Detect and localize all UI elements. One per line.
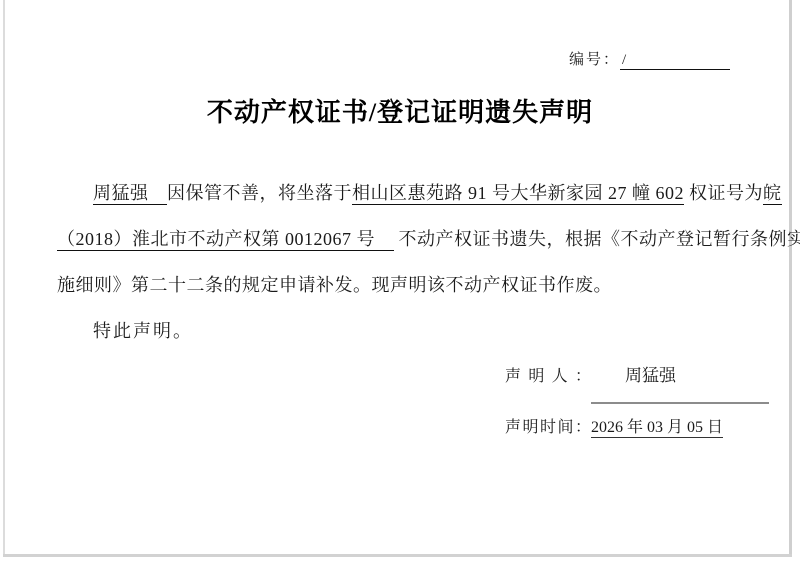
declarant-label: 声明人： (505, 351, 591, 403)
page-edge-left (3, 0, 5, 555)
certificate-number-part1: 皖 (763, 183, 782, 205)
certificate-number-part2: （2018）淮北市不动产权第 0012067 号 (57, 229, 394, 251)
declaration-date-value: 2026 年 03 月 05 日 (591, 419, 723, 438)
body-text: 因保管不善，将坐落于 (167, 183, 352, 203)
body-text: 权证号为 (684, 183, 763, 203)
declarant-row: 声明人：周猛强 (505, 350, 769, 402)
page-edge-bottom (3, 554, 792, 557)
body-line-3: 施细则》第二十二条的规定申请补发。现声明该不动产权证书作废。 (57, 262, 757, 308)
declaration-body: 周猛强 因保管不善，将坐落于相山区惠苑路 91 号大华新家园 27 幢 602 … (57, 170, 757, 354)
declaration-date-label: 声明时间： (505, 402, 591, 454)
document-number-label: 编号： (569, 52, 620, 68)
body-line-2: （2018）淮北市不动产权第 0012067 号 不动产权证书遗失，根据《不动产… (57, 216, 757, 262)
page-title: 不动产权证书/登记证明遗失声明 (0, 92, 800, 129)
declarant-name-inline: 周猛强 (93, 183, 167, 205)
declarant-name-value: 周猛强 (591, 350, 769, 404)
document-number-value: / (620, 52, 730, 70)
property-address: 相山区惠苑路 91 号大华新家园 27 幢 602 (352, 183, 684, 205)
document-page: 编号：/ 不动产权证书/登记证明遗失声明 周猛强 因保管不善，将坐落于相山区惠苑… (0, 0, 800, 561)
declaration-date-row: 声明时间：2026 年 03 月 05 日 (505, 402, 769, 454)
signature-block: 声明人：周猛强 声明时间：2026 年 03 月 05 日 (505, 350, 769, 454)
document-number-row: 编号：/ (569, 48, 730, 70)
body-text: 施细则》第二十二条的规定申请补发。现声明该不动产权证书作废。 (57, 275, 612, 295)
closing-statement: 特此声明。 (57, 308, 757, 354)
body-text: 不动产权证书遗失，根据《不动产登记暂行条例实 (394, 229, 800, 249)
body-line-1: 周猛强 因保管不善，将坐落于相山区惠苑路 91 号大华新家园 27 幢 602 … (57, 170, 757, 216)
page-edge-right (789, 0, 792, 557)
